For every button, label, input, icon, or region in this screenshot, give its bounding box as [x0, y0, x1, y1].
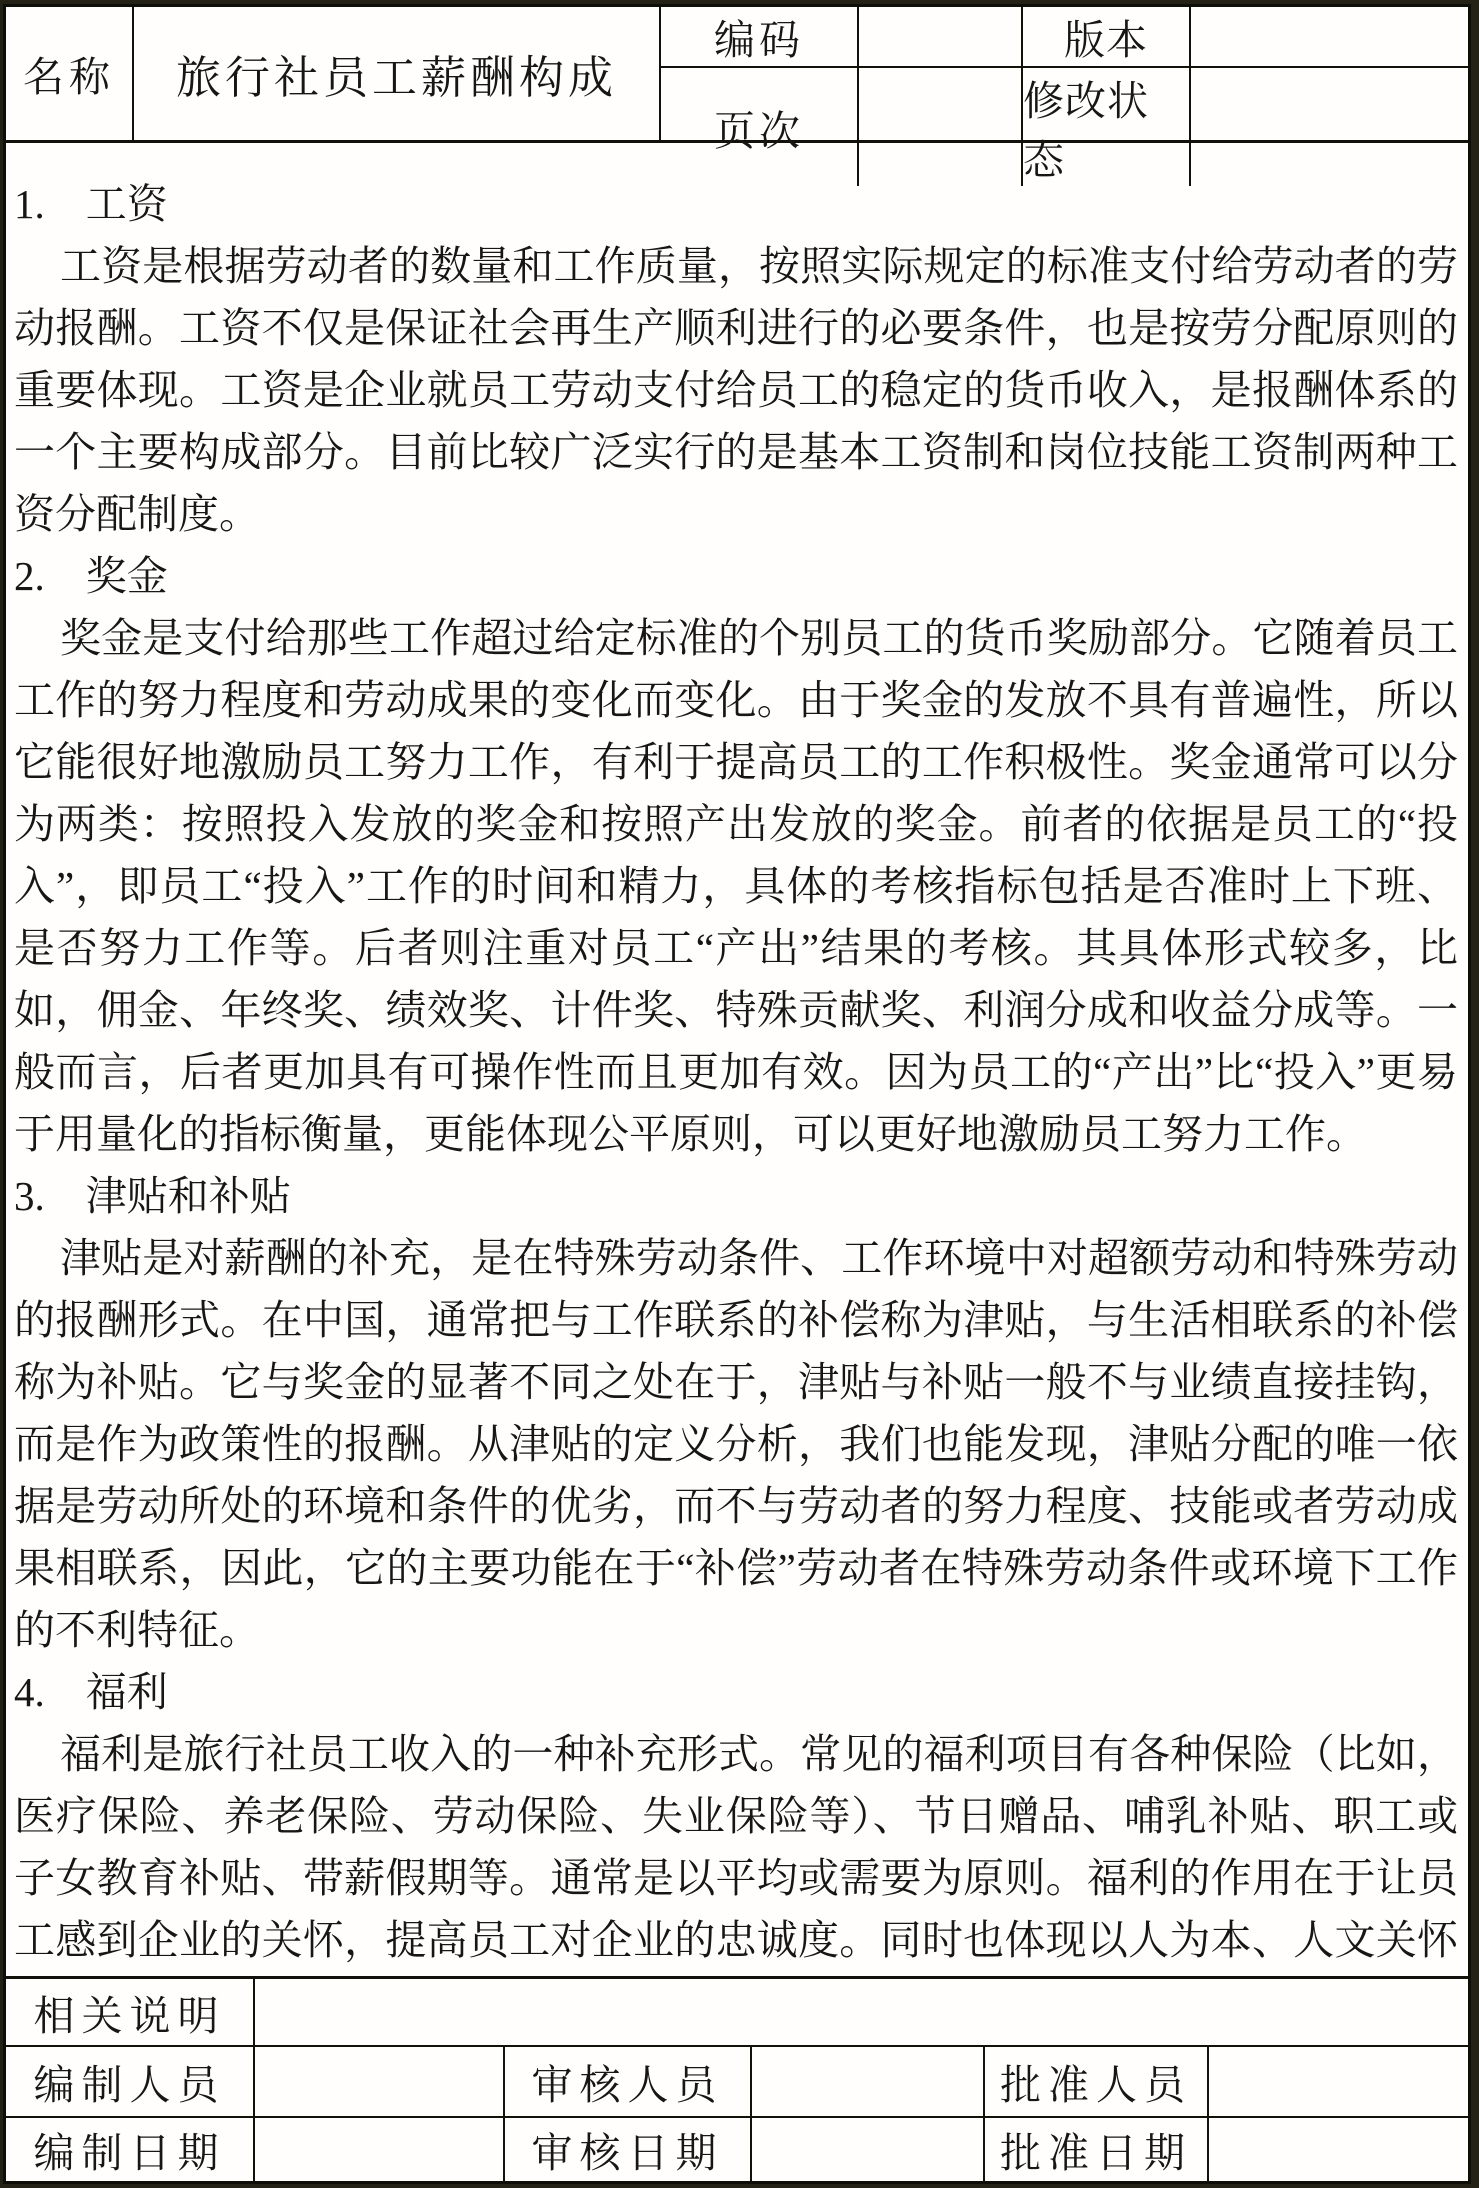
document-page: { "doc": { "header": { "name_label": "名称… — [0, 0, 1479, 2188]
name-label-cell: 名称 — [6, 7, 134, 140]
prepared-date-label-cell: 编制日期 — [6, 2118, 255, 2181]
reviewed-by-label-cell: 审核人员 — [505, 2047, 752, 2116]
section-4-paragraph: 福利是旅行社员工收入的一种补充形式。常见的福利项目有各种保险（比如，医疗保险、养… — [14, 1723, 1458, 1976]
version-value-cell — [1191, 7, 1468, 66]
notes-label-cell: 相关说明 — [6, 1979, 255, 2045]
version-label-cell: 版本 — [1023, 7, 1191, 66]
reviewed-date-label-cell: 审核日期 — [505, 2118, 752, 2181]
notes-value-cell — [255, 1979, 1468, 2045]
dates-row: 编制日期 审核日期 批准日期 — [6, 2116, 1468, 2181]
header-meta-grid: 编码 版本 页次 修改状态 — [661, 7, 1468, 140]
header-meta-row-1: 编码 版本 — [661, 7, 1468, 68]
header-table: 名称 旅行社员工薪酬构成 编码 版本 页次 修改状态 — [6, 7, 1468, 143]
section-1-heading: 1. 工资 — [14, 173, 1458, 235]
section-3-heading: 3. 津贴和补贴 — [14, 1165, 1458, 1227]
personnel-row: 编制人员 审核人员 批准人员 — [6, 2045, 1468, 2116]
code-value-cell — [859, 7, 1023, 66]
code-label-cell: 编码 — [661, 7, 859, 66]
footer-table: 相关说明 编制人员 审核人员 批准人员 编制日期 审核日期 批准日期 — [6, 1976, 1468, 2181]
section-2-heading: 2. 奖金 — [14, 545, 1458, 607]
section-allowance: 3. 津贴和补贴 津贴是对薪酬的补充，是在特殊劳动条件、工作环境中对超额劳动和特… — [14, 1165, 1458, 1661]
document-sheet: 名称 旅行社员工薪酬构成 编码 版本 页次 修改状态 1. 工资 工资是根据劳动… — [3, 4, 1471, 2184]
reviewed-date-value-cell — [752, 2118, 985, 2181]
section-1-paragraph: 工资是根据劳动者的数量和工作质量，按照实际规定的标准支付给劳动者的劳动报酬。工资… — [14, 235, 1458, 545]
document-body: 1. 工资 工资是根据劳动者的数量和工作质量，按照实际规定的标准支付给劳动者的劳… — [6, 143, 1468, 1976]
approved-date-value-cell — [1209, 2118, 1468, 2181]
prepared-date-value-cell — [255, 2118, 505, 2181]
approved-date-label-cell: 批准日期 — [985, 2118, 1209, 2181]
reviewed-by-value-cell — [752, 2047, 985, 2116]
notes-row: 相关说明 — [6, 1979, 1468, 2045]
section-3-paragraph: 津贴是对薪酬的补充，是在特殊劳动条件、工作环境中对超额劳动和特殊劳动的报酬形式。… — [14, 1227, 1458, 1661]
section-welfare: 4. 福利 福利是旅行社员工收入的一种补充形式。常见的福利项目有各种保险（比如，… — [14, 1661, 1458, 1976]
section-4-heading: 4. 福利 — [14, 1661, 1458, 1723]
section-2-paragraph: 奖金是支付给那些工作超过给定标准的个别员工的货币奖励部分。它随着员工工作的努力程… — [14, 607, 1458, 1165]
approved-by-value-cell — [1209, 2047, 1468, 2116]
document-title-cell: 旅行社员工薪酬构成 — [134, 7, 661, 140]
approved-by-label-cell: 批准人员 — [985, 2047, 1209, 2116]
section-bonus: 2. 奖金 奖金是支付给那些工作超过给定标准的个别员工的货币奖励部分。它随着员工… — [14, 545, 1458, 1165]
section-salary: 1. 工资 工资是根据劳动者的数量和工作质量，按照实际规定的标准支付给劳动者的劳… — [14, 173, 1458, 545]
prepared-by-value-cell — [255, 2047, 505, 2116]
prepared-by-label-cell: 编制人员 — [6, 2047, 255, 2116]
